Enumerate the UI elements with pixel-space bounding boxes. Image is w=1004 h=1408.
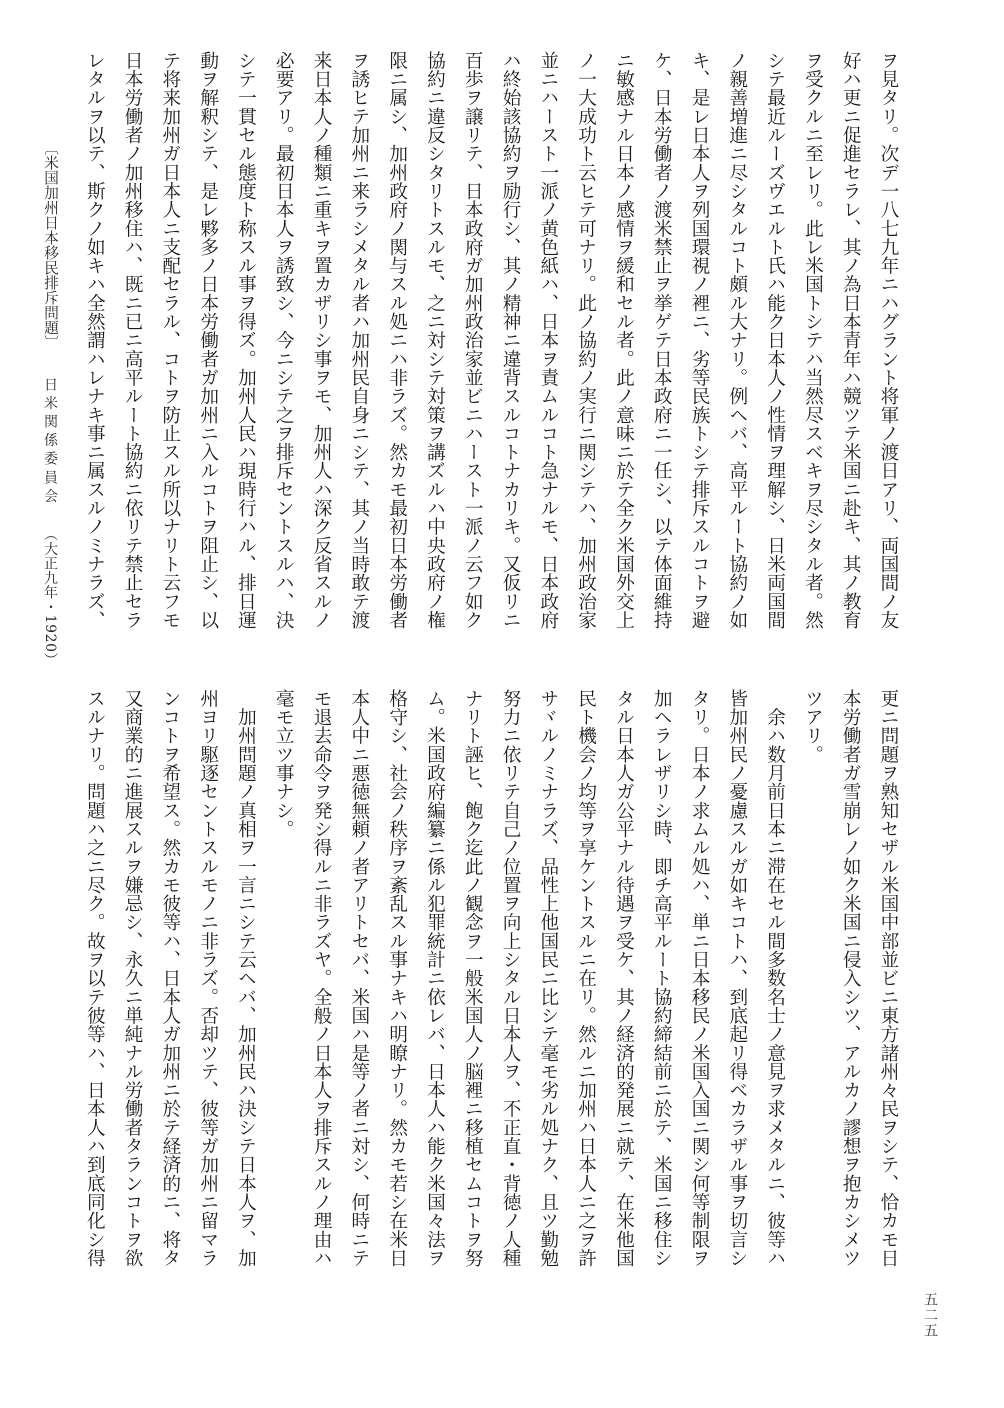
- text-column: 又商業的ニ進展スルヲ嫌忌シ、永久ニ単純ナル労働者タランコトヲ欲: [113, 689, 151, 1271]
- text-column: サヾルノミナラズ、品性上他国民ニ比シテ毫モ劣ル処ナク、且ツ勤勉: [529, 689, 567, 1271]
- text-column: 日本労働者ノ加州移住ハ、既ニ已ニ高平ルート協約ニ依リテ禁止セラ: [113, 51, 151, 633]
- text-column: 本人中ニ悪徳無頼ノ者アリトセバ、米国ハ是等ノ者ニ対シ、何時ニテ: [340, 689, 378, 1271]
- text-column: ケ、日本労働者ノ渡米禁止ヲ挙ゲテ日本政府ニ一任シ、以テ体面維持: [642, 51, 680, 633]
- text-column: ナリト誣ヒ、飽ク迄此ノ観念ヲ一般米国人ノ脳裡ニ移植セムコトヲ努: [453, 689, 491, 1271]
- text-column: ンコトヲ希望ス。然カモ彼等ハ、日本人ガ加州ニ於テ経済的ニ、将タ: [151, 689, 189, 1271]
- text-column: 並ニハースト一派ノ黄色紙ハ、日本ヲ責ムルコト急ナルモ、日本政府: [529, 51, 567, 633]
- text-column: シテ一貫セル態度ト称スル事ヲ得ズ。加州人民ハ現時行ハル、排日運: [227, 51, 265, 633]
- text-column: ヲ受クルニ至レリ。此レ米国トシテハ当然尽スベキヲ尽シタル者。然: [794, 51, 832, 633]
- text-column: レタルヲ以テ、斯クノ如キハ全然謂ハレナキ事ニ属スルノミナラズ、: [75, 51, 113, 633]
- text-column: ヲ見タリ。次デ一八七九年ニハグラント将軍ノ渡日アリ、両国間ノ友: [869, 51, 907, 633]
- running-head-date: （大正九年・1920）: [40, 527, 60, 667]
- text-column: 州ヨリ駆逐セントスルモノニ非ラズ。否却ツテ、彼等ガ加州ニ留マラ: [189, 689, 227, 1271]
- text-column: 毫モ立ツ事ナシ。: [264, 689, 302, 1271]
- text-column: 限ニ属シ、加州政府ノ関与スル処ニハ非ラズ。然カモ最初日本労働者: [378, 51, 416, 633]
- text-column: 民ト機会ノ均等ヲ享ケントスルニ在リ。然ルニ加州ハ日本人ニ之ヲ許: [567, 689, 605, 1271]
- text-column: ム。米国政府編纂ニ係ル犯罪統計ニ依レバ、日本人ハ能ク米国々法ヲ: [416, 689, 454, 1271]
- text-column: タル日本人ガ公平ナル待遇ヲ受ケ、其ノ経済的発展ニ就テ、在米他国: [605, 689, 643, 1271]
- upper-text-block: ヲ見タリ。次デ一八七九年ニハグラント将軍ノ渡日アリ、両国間ノ友 好ハ更ニ促進セラ…: [75, 51, 907, 633]
- text-column: 努力ニ依リテ自己ノ位置ヲ向上シタル日本人ヲ、不正直・背徳ノ人種: [491, 689, 529, 1271]
- document-page: 〔米国加州日本移民排斥問題〕 日米関係委員会 （大正九年・1920） ヲ見タリ。…: [0, 0, 1004, 1408]
- text-column: 皆加州民ノ憂慮スルガ如キコトハ、到底起リ得ベカラザル事ヲ切言シ: [718, 689, 756, 1271]
- text-column: スルナリ。問題ハ之ニ尽ク。故ヲ以テ彼等ハ、日本人ハ到底同化シ得: [75, 689, 113, 1271]
- text-column: 加ヘラレザリシ時、即チ高平ルート協約締結前ニ於テ、米国ニ移住シ: [642, 689, 680, 1271]
- text-column: キ、是レ日本人ヲ列国環視ノ裡ニ、劣等民族トシテ排斥スルコトヲ避: [680, 51, 718, 633]
- text-column: 好ハ更ニ促進セラレ、其ノ為日本青年ハ競ツテ米国ニ赴キ、其ノ教育: [831, 51, 869, 633]
- text-column: 余ハ数月前日本ニ滞在セル間多数名士ノ意見ヲ求メタルニ、彼等ハ: [756, 689, 794, 1271]
- text-column: 加州問題ノ真相ヲ一言ニシテ云ヘバ、加州民ハ決シテ日本人ヲ、加: [227, 689, 265, 1271]
- page-number: 五二五: [920, 1292, 940, 1339]
- text-column: シテ最近ルーズヴエルト氏ハ能ク日本人ノ性情ヲ理解シ、日米両国間: [756, 51, 794, 633]
- text-column: ツアリ。: [794, 689, 832, 1271]
- lower-text-block: 更ニ問題ヲ熟知セザル米国中部並ビニ東方諸州々民ヲシテ、恰カモ日 本労働者ガ雪崩レ…: [75, 689, 907, 1271]
- text-column: タリ。日本ノ求ムル処ハ、単ニ日本移民ノ米国入国ニ関シ何等制限ヲ: [680, 689, 718, 1271]
- text-column: 更ニ問題ヲ熟知セザル米国中部並ビニ東方諸州々民ヲシテ、恰カモ日: [869, 689, 907, 1271]
- text-column: ニ敏感ナル日本ノ感情ヲ緩和セル者。此ノ意味ニ於テ全ク米国外交上: [605, 51, 643, 633]
- text-column: ノ一大成功ト云ヒテ可ナリ。此ノ協約ノ実行ニ関シテハ、加州政治家: [567, 51, 605, 633]
- text-column: 来日本人ノ種類ニ重キヲ置カザリシ事ヲモ、加州人ハ深ク反省スルノ: [302, 51, 340, 633]
- text-column: ノ親善増進ニ尽シタルコト頗ル大ナリ。例ヘバ、高平ルート協約ノ如: [718, 51, 756, 633]
- text-column: 必要アリ。最初日本人ヲ誘致シ、今ニシテ之ヲ排斥セントスルハ、決: [264, 51, 302, 633]
- text-column: 動ヲ解釈シテ、是レ夥多ノ日本労働者ガ加州ニ入ルコトヲ阻止シ、以: [189, 51, 227, 633]
- text-column: 協約ニ違反シタリトスルモ、之ニ対シテ対策ヲ講ズルハ中央政府ノ権: [416, 51, 454, 633]
- text-column: ヲ誘ヒテ加州ニ来ラシメタル者ハ加州民自身ニシテ、其ノ当時敢テ渡: [340, 51, 378, 633]
- running-head-publisher: 日米関係委員会: [40, 377, 60, 507]
- text-column: モ退去命令ヲ発シ得ルニ非ラズヤ。全般ノ日本人ヲ排斥スルノ理由ハ: [302, 689, 340, 1271]
- running-head-title: 〔米国加州日本移民排斥問題〕: [40, 140, 60, 350]
- text-column: 格守シ、社会ノ秩序ヲ紊乱スル事ナキハ明瞭ナリ。然カモ若シ在米日: [378, 689, 416, 1271]
- text-column: 本労働者ガ雪崩レノ如ク米国ニ侵入シツ、アルカノ謬想ヲ抱カシメツ: [831, 689, 869, 1271]
- text-column: テ将来加州ガ日本人ニ支配セラル、コトヲ防止スル所以ナリト云フモ: [151, 51, 189, 633]
- text-column: 百歩ヲ譲リテ、日本政府ガ加州政治家並ビニハースト一派ノ云フ如ク: [453, 51, 491, 633]
- text-column: ハ終始該協約ヲ励行シ、其ノ精神ニ違背スルコトナカリキ。又仮リニ: [491, 51, 529, 633]
